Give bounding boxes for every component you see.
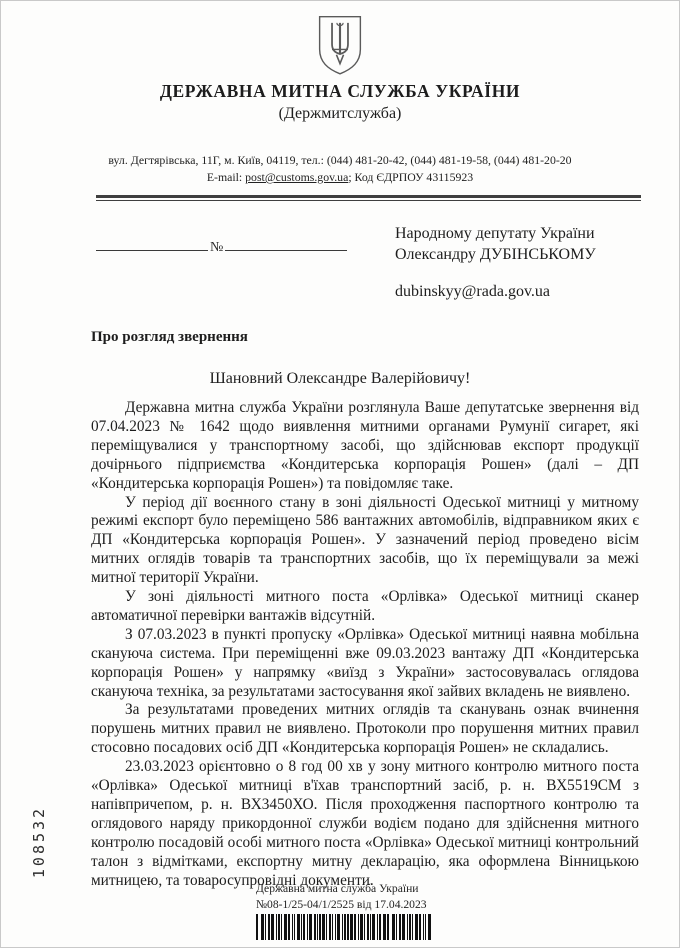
recipient-email: dubinskyy@rada.gov.ua xyxy=(395,281,627,302)
paragraph: Державна митна служба України розглянула… xyxy=(91,399,639,494)
paragraph: За результатами проведених митних огляді… xyxy=(91,701,639,758)
salutation: Шановний Олександре Валерійовичу! xyxy=(1,370,679,388)
edrpou-code: ; Код ЄДРПОУ 43115923 xyxy=(348,170,473,184)
email-label: E-mail: xyxy=(207,170,245,184)
vertical-registration-number: 108532 xyxy=(9,794,69,890)
org-email: post@customs.gov.ua xyxy=(245,170,348,184)
recipient-title: Народному депутату України xyxy=(395,223,627,244)
org-name: ДЕРЖАВНА МИТНА СЛУЖБА УКРАЇНИ xyxy=(1,81,679,102)
org-short-name: (Держмитслужба) xyxy=(1,105,679,123)
ukraine-coat-of-arms-icon xyxy=(313,14,367,76)
address-line-1: вул. Дегтярівська, 11Г, м. Київ, 04119, … xyxy=(1,152,679,169)
paragraph: У зоні діяльності митного поста «Орлівка… xyxy=(91,588,639,626)
scanned-letter-page: ДЕРЖАВНА МИТНА СЛУЖБА УКРАЇНИ (Держмитсл… xyxy=(0,0,680,948)
registration-stamp: Державна митна служба України №08-1/25-0… xyxy=(256,881,431,940)
reference-number-line: № xyxy=(96,223,347,302)
subject-line: Про розгляд звернення xyxy=(91,329,679,346)
address-line-2: E-mail: post@customs.gov.ua; Код ЄДРПОУ … xyxy=(1,169,679,186)
stamp-reference-number: №08-1/25-04/1/2525 від 17.04.2023 xyxy=(256,897,431,912)
paragraph: З 07.03.2023 в пункті пропуску «Орлівка»… xyxy=(91,626,639,702)
reference-row: № Народному депутату України Олександру … xyxy=(96,223,627,302)
recipient-block: Народному депутату України Олександру ДУ… xyxy=(395,223,627,302)
date-blank-line xyxy=(96,237,208,251)
paragraph: 23.03.2023 орієнтовно о 8 год 00 хв у зо… xyxy=(91,758,639,890)
header-divider-rule xyxy=(96,195,641,201)
paragraph: У період дії воєнного стану в зоні діяль… xyxy=(91,494,639,589)
number-blank-line xyxy=(225,237,347,251)
number-sign: № xyxy=(208,240,225,255)
barcode xyxy=(256,914,431,940)
org-address: вул. Дегтярівська, 11Г, м. Київ, 04119, … xyxy=(1,152,679,186)
letter-body: Державна митна служба України розглянула… xyxy=(91,399,639,891)
recipient-name: Олександру ДУБІНСЬКОМУ xyxy=(395,244,627,265)
stamp-org-name: Державна митна служба України xyxy=(256,881,431,896)
